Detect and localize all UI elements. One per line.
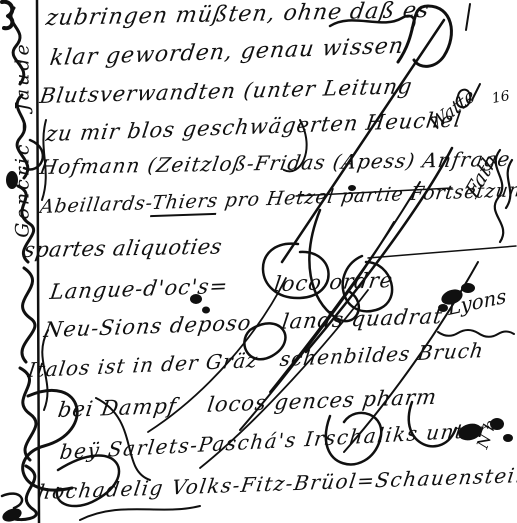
- line-6-underlined-name: Thiers: [150, 190, 219, 217]
- manuscript-line-4: zu mir blos geschwägerten Heuchel: [45, 109, 464, 145]
- manuscript-line-10: Italos ist in der Gräz schenbildes Bruch: [27, 340, 486, 380]
- manuscript-line-3: Blutsverwandten (unter Leitung: [38, 76, 414, 107]
- manuscript-line-7: spartes aliquoties: [22, 237, 223, 262]
- manuscript-line-13: hochadelig Volks-Fitz-Brüol=Schauenstein: [37, 465, 517, 502]
- line-6-pre: Abeillards-: [39, 192, 154, 218]
- manuscript-page: Goncric – Jaude zubringen müßten, ohne d…: [0, 0, 517, 523]
- manuscript-line-8: Langue-d'oc's= loco ordre: [49, 270, 395, 303]
- manuscript-line-1: zubringen müßten, ohne daß es: [44, 0, 431, 30]
- manuscript-line-6: Abeillards-Thiers pro Hetzel partie Fort…: [39, 179, 517, 217]
- manuscript-line-9: Neu-Sions deposo lands quadrat: [43, 306, 445, 341]
- fragment-16: 16: [491, 89, 511, 106]
- manuscript-line-12: beÿ Sarlets-Paschá's Irschaliks unter: [59, 419, 490, 462]
- manuscript-line-11: bei Dampf locos gences pharm: [57, 387, 439, 421]
- fragment-lyons: Lyons: [447, 286, 507, 319]
- margin-annotation-vertical: Goncric – Jaude: [14, 5, 33, 275]
- manuscript-line-2: klar geworden, genau wissen: [48, 36, 405, 70]
- manuscript-line-5: Hofmann (Zeitzloß-Fridas (Apess) Anfrage…: [38, 148, 517, 178]
